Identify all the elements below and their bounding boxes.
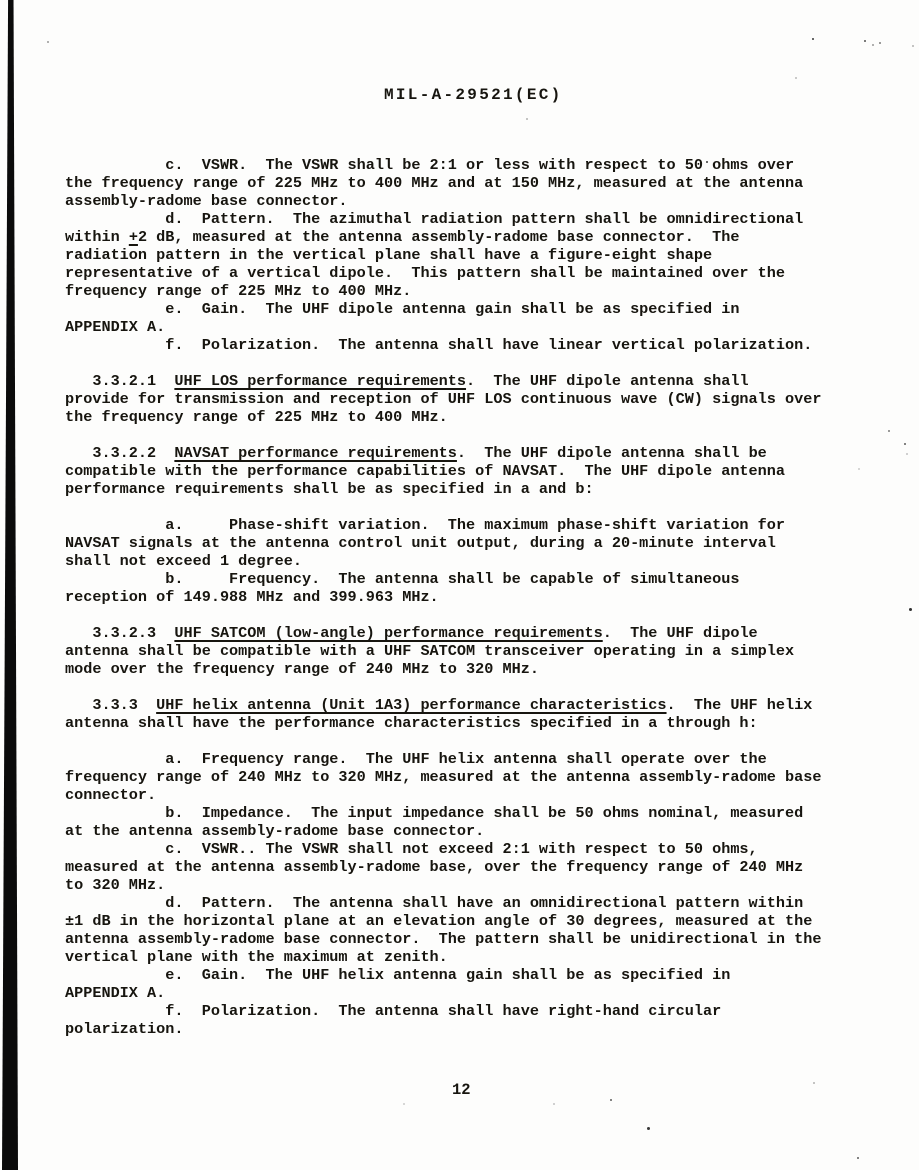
text-line: antenna shall be compatible with a UHF S… xyxy=(65,642,821,660)
document-body-text: c. VSWR. The VSWR shall be 2:1 or less w… xyxy=(65,156,821,1038)
text-line: provide for transmission and reception o… xyxy=(65,390,821,408)
text-line: frequency range of 240 MHz to 320 MHz, m… xyxy=(65,768,821,786)
text-line: b. Impedance. The input impedance shall … xyxy=(65,804,821,822)
text-line: f. Polarization. The antenna shall have … xyxy=(65,336,821,354)
text-line: vertical plane with the maximum at zenit… xyxy=(65,948,821,966)
text-line: c. VSWR.. The VSWR shall not exceed 2:1 … xyxy=(65,840,821,858)
scan-noise-dot xyxy=(526,118,528,120)
text-line xyxy=(65,498,821,516)
scan-noise-dot xyxy=(610,1099,612,1101)
text-line: connector. xyxy=(65,786,821,804)
text-line: compatible with the performance capabili… xyxy=(65,462,821,480)
text-line: antenna assembly-radome base connector. … xyxy=(65,930,821,948)
text-line: NAVSAT signals at the antenna control un… xyxy=(65,534,821,552)
text-line: a. Frequency range. The UHF helix antenn… xyxy=(65,750,821,768)
text-line: measured at the antenna assembly-radome … xyxy=(65,858,821,876)
document-page: MIL-A-29521(EC) c. VSWR. The VSWR shall … xyxy=(0,0,919,1170)
scan-noise-dot xyxy=(872,44,874,46)
text-line: polarization. xyxy=(65,1020,821,1038)
text-line: a. Phase-shift variation. The maximum ph… xyxy=(65,516,821,534)
scan-noise-dot xyxy=(812,38,814,40)
page-number: 12 xyxy=(452,1081,471,1099)
scan-noise-dot xyxy=(403,1103,405,1105)
scan-noise-dot xyxy=(858,468,860,470)
scan-noise-dot xyxy=(706,161,708,163)
text-line xyxy=(65,678,821,696)
text-line: b. Frequency. The antenna shall be capab… xyxy=(65,570,821,588)
text-line: APPENDIX A. xyxy=(65,318,821,336)
text-line: e. Gain. The UHF dipole antenna gain sha… xyxy=(65,300,821,318)
scan-noise-dot xyxy=(912,45,914,47)
text-line: 3.3.2.2 NAVSAT performance requirements.… xyxy=(65,444,821,462)
text-line: mode over the frequency range of 240 MHz… xyxy=(65,660,821,678)
text-line: e. Gain. The UHF helix antenna gain shal… xyxy=(65,966,821,984)
text-line xyxy=(65,606,821,624)
scan-noise-dot xyxy=(857,1157,859,1159)
document-id-header: MIL-A-29521(EC) xyxy=(384,86,563,105)
scan-noise-dot xyxy=(795,77,797,79)
text-line: the frequency range of 225 MHz to 400 MH… xyxy=(65,174,821,192)
text-line: performance requirements shall be as spe… xyxy=(65,480,821,498)
scan-noise-dot xyxy=(647,1127,650,1130)
text-line: within +2 dB, measured at the antenna as… xyxy=(65,228,821,246)
scan-noise-dot xyxy=(879,42,881,44)
scan-noise-dot xyxy=(906,453,908,455)
text-line xyxy=(65,426,821,444)
text-line xyxy=(65,354,821,372)
scan-noise-dot xyxy=(904,443,906,445)
text-line xyxy=(65,732,821,750)
scan-noise-dot xyxy=(888,430,890,432)
text-line: assembly-radome base connector. xyxy=(65,192,821,210)
scan-noise-dot xyxy=(47,41,49,43)
scan-noise-dot xyxy=(909,608,912,611)
text-line: c. VSWR. The VSWR shall be 2:1 or less w… xyxy=(65,156,821,174)
text-line: d. Pattern. The antenna shall have an om… xyxy=(65,894,821,912)
text-line: APPENDIX A. xyxy=(65,984,821,1002)
text-line: f. Polarization. The antenna shall have … xyxy=(65,1002,821,1020)
text-line: radiation pattern in the vertical plane … xyxy=(65,246,821,264)
text-line: shall not exceed 1 degree. xyxy=(65,552,821,570)
text-line: 3.3.2.3 UHF SATCOM (low-angle) performan… xyxy=(65,624,821,642)
text-line: the frequency range of 225 MHz to 400 MH… xyxy=(65,408,821,426)
text-line: 3.3.2.1 UHF LOS performance requirements… xyxy=(65,372,821,390)
scan-edge-artifact xyxy=(2,0,18,1170)
text-line: ±1 dB in the horizontal plane at an elev… xyxy=(65,912,821,930)
scan-noise-dot xyxy=(553,1103,555,1105)
text-line: d. Pattern. The azimuthal radiation patt… xyxy=(65,210,821,228)
text-line: reception of 149.988 MHz and 399.963 MHz… xyxy=(65,588,821,606)
scan-noise-dot xyxy=(813,1082,815,1084)
text-line: to 320 MHz. xyxy=(65,876,821,894)
scan-noise-dot xyxy=(864,40,866,42)
text-line: at the antenna assembly-radome base conn… xyxy=(65,822,821,840)
text-line: frequency range of 225 MHz to 400 MHz. xyxy=(65,282,821,300)
text-line: antenna shall have the performance chara… xyxy=(65,714,821,732)
text-line: 3.3.3 UHF helix antenna (Unit 1A3) perfo… xyxy=(65,696,821,714)
text-line: representative of a vertical dipole. Thi… xyxy=(65,264,821,282)
